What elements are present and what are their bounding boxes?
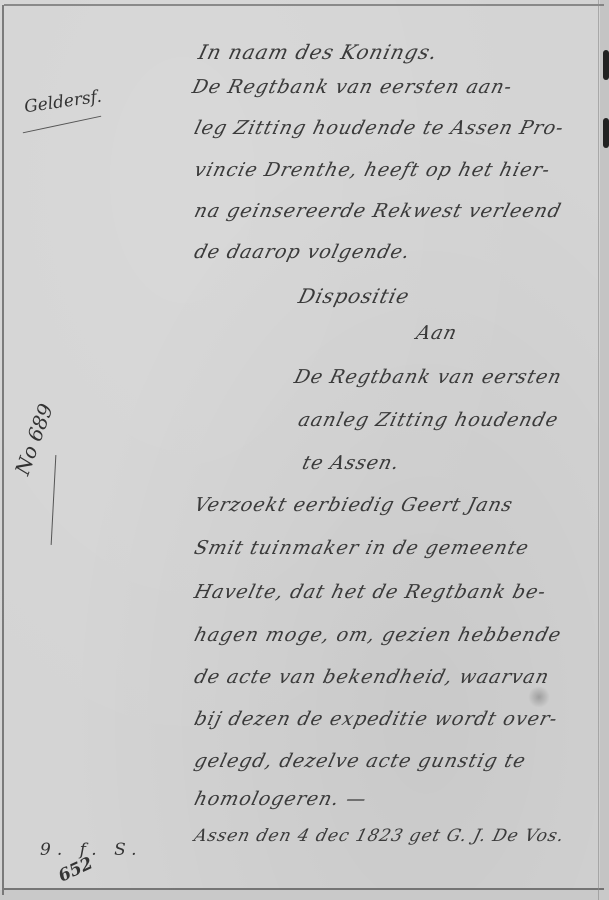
intro-line: leg Zitting houdende te Assen Pro-	[192, 117, 566, 139]
page-border-left	[2, 5, 4, 895]
margin-stroke	[51, 455, 57, 545]
margin-flourish	[23, 116, 101, 134]
page-border-right	[598, 0, 599, 900]
binding-mark	[603, 50, 609, 80]
petition-line: Verzoekt eerbiedig Geert Jans	[192, 494, 516, 516]
binding-mark	[603, 118, 609, 148]
intro-line: vincie Drenthe, heeft op het hier-	[192, 159, 553, 181]
ink-stain	[528, 686, 550, 708]
document-page: Geldersf. No 689 9. f. S. 652 In naam de…	[0, 0, 609, 900]
intro-line: na geinsereerde Rekwest verleend	[192, 200, 564, 222]
petition-line: homologeren. —	[192, 788, 369, 810]
disposition-title: Dispositie	[296, 284, 412, 308]
address-line: De Regtbank van eersten	[292, 366, 564, 388]
address-line: te Assen.	[300, 452, 402, 474]
address-line: aanleg Zitting houdende	[296, 409, 561, 431]
petition-line: gelegd, dezelve acte gunstig te	[192, 750, 528, 772]
petition-line: hagen moge, om, gezien hebbende	[192, 624, 564, 646]
petition-line: de acte van bekendheid, waarvan	[192, 666, 552, 688]
margin-note-bottom: 9. f. S.	[40, 840, 143, 860]
intro-line: De Regtbank van eersten aan-	[190, 76, 515, 98]
page-border-bottom	[4, 888, 604, 890]
page-border-top	[4, 4, 604, 6]
page-bottom-strip	[0, 890, 609, 900]
petition-line: Smit tuinmaker in de gemeente	[192, 537, 532, 559]
petition-line: Havelte, dat het de Regtbank be-	[192, 581, 549, 603]
margin-note-top: Geldersf.	[23, 87, 103, 118]
intro-line: de daarop volgende.	[192, 241, 413, 263]
document-heading: In naam des Konings.	[196, 40, 440, 64]
address-salutation: Aan	[414, 322, 460, 344]
closing-signature-line: Assen den 4 dec 1823 get G. J. De Vos.	[192, 826, 567, 846]
petition-line: bij dezen de expeditie wordt over-	[192, 708, 560, 730]
margin-note-middle: No 689	[10, 400, 58, 478]
